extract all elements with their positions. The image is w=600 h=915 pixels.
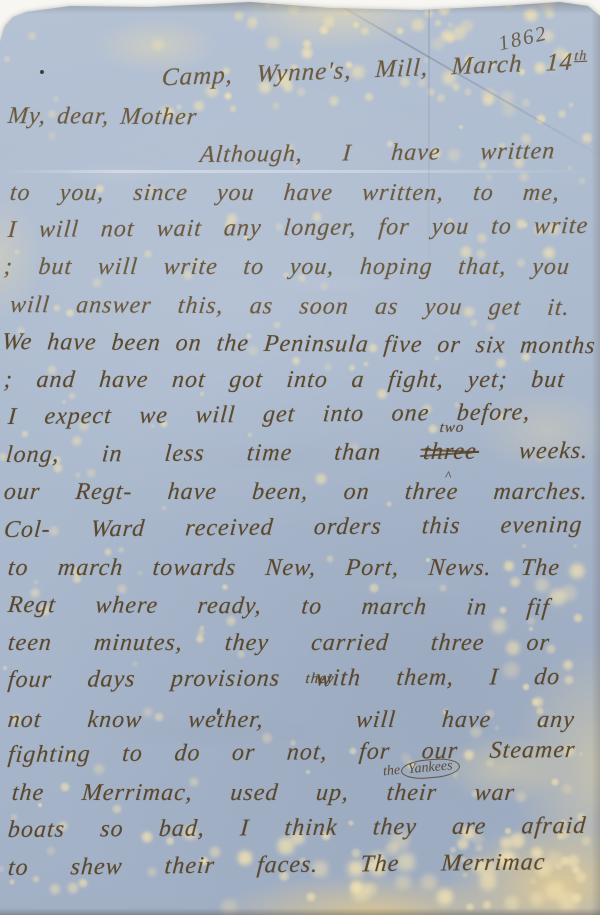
letter-line-with-correction: long, in less time than twothree^ weeks.	[5, 436, 590, 470]
line-text: will have any	[355, 707, 576, 733]
letter-line: to shew their faces. The Merrimac	[7, 847, 547, 883]
line-text: long, in less time than	[5, 439, 382, 468]
letter-line: Col- Ward received orders this evening	[3, 510, 584, 545]
dateline-ordinal: th	[574, 49, 588, 64]
inserted-word: two	[439, 421, 465, 436]
letter-line-with-insertion: not know wether, they will have any	[7, 703, 577, 735]
letter-line: ; but will write to you, hoping that, yo…	[3, 252, 572, 282]
letter-line: our Regt- have been, on three marches.	[3, 477, 590, 507]
struck-word: three	[422, 437, 478, 467]
letter-line: ; and have not got into a fight, yet; bu…	[3, 365, 567, 395]
letter-line: will answer this, as soon as you get it.	[9, 290, 572, 323]
letter-line: Although, I have written	[199, 136, 557, 170]
letter-line: four days provisions with them, I do	[7, 662, 562, 695]
letter-line: fighting to do or not, for our Steamer	[7, 735, 577, 770]
letter-paper: 1862 Camp, Wynne's, Mill, March 14th My,…	[0, 0, 600, 915]
letter-line: to march towards New, Port, News. The	[7, 553, 562, 583]
letter-line: boats so bad, I think they are afraid	[7, 811, 588, 845]
line-text: weeks.	[518, 438, 589, 464]
corrected-word: twothree^	[422, 437, 478, 467]
scanned-letter-page: 1862 Camp, Wynne's, Mill, March 14th My,…	[0, 0, 600, 915]
letter-line: to you, since you have written, to me,	[9, 178, 562, 208]
dateline-text: Camp, Wynne's, Mill, March 14	[161, 49, 574, 92]
letter-line: teen minutes, they carried three or	[7, 628, 552, 658]
letter-dateline: Camp, Wynne's, Mill, March 14th	[161, 42, 588, 94]
letter-salutation: My, dear, Mother	[7, 101, 282, 133]
letter-line: I will not wait any longer, for you to w…	[7, 211, 590, 245]
annotation-text: the	[382, 763, 400, 779]
letter-paper-wrap: 1862 Camp, Wynne's, Mill, March 14th My,…	[0, 0, 600, 915]
letter-line: Regt where ready, to march in fif	[7, 590, 552, 623]
insertion-point: they	[309, 703, 311, 727]
letter-line: We have been on the Peninsula five or si…	[1, 327, 597, 361]
letter-text: 1862 Camp, Wynne's, Mill, March 14th My,…	[0, 0, 600, 915]
inserted-word: they	[305, 672, 335, 687]
line-text: not know wether,	[7, 707, 265, 733]
letter-line: the Merrimac, used up, their war	[11, 778, 517, 808]
